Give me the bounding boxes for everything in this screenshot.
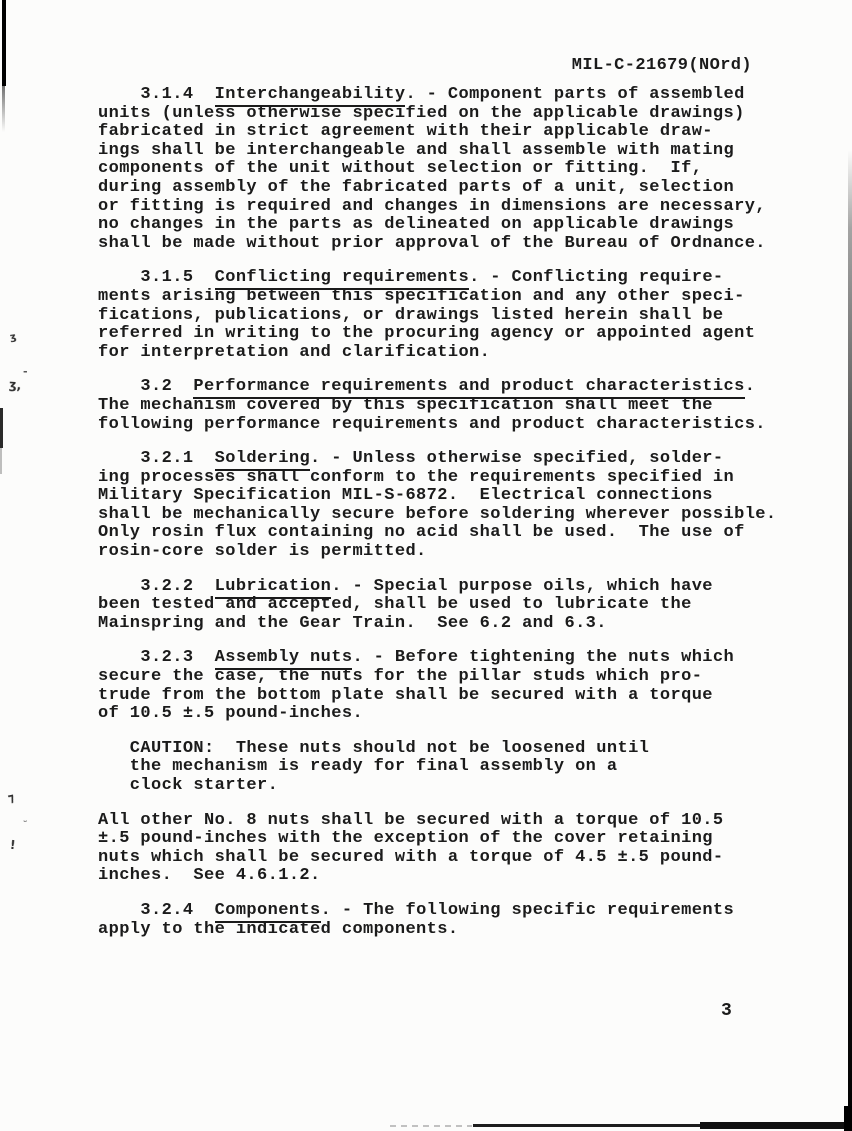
text-line: of 10.5 ±.5 pound-inches. xyxy=(98,705,808,724)
section-text: . - Conflicting require- xyxy=(469,268,723,287)
section-heading-line: 3.2.1 Soldering. - Unless otherwise spec… xyxy=(98,450,808,469)
text-line: Only rosin flux containing no acid shall… xyxy=(98,524,808,543)
section-heading-line: 3.2.3 Assembly nuts. - Before tightening… xyxy=(98,649,808,668)
scan-edge-bottom-thick xyxy=(700,1122,852,1129)
section-number: 3.2.3 xyxy=(98,648,215,667)
scan-edge-top-left-tail xyxy=(2,86,5,132)
text-line: All other No. 8 nuts shall be secured wi… xyxy=(98,812,808,831)
paragraph-torque-note: All other No. 8 nuts shall be secured wi… xyxy=(98,812,808,886)
text-line: rosin-core solder is permitted. xyxy=(98,543,808,562)
section-heading-line: 3.1.4 Interchangeability. - Component pa… xyxy=(98,86,808,105)
caution-text: CAUTION: These nuts should not be loosen… xyxy=(98,739,649,758)
paragraph-3-2-1: 3.2.1 Soldering. - Unless otherwise spec… xyxy=(98,450,808,562)
scan-edge-left-smudge xyxy=(0,408,3,448)
paragraph-3-2-3: 3.2.3 Assembly nuts. - Before tightening… xyxy=(98,649,808,723)
section-number: 3.1.4 xyxy=(98,85,215,104)
section-text: . - Component parts of assembled xyxy=(405,85,744,104)
caution-note: CAUTION: These nuts should not be loosen… xyxy=(98,740,808,796)
section-number: 3.2.1 xyxy=(98,449,215,468)
caution-line: clock starter. xyxy=(98,777,808,796)
section-number: 3.2.2 xyxy=(98,577,215,596)
text-line: referred in writing to the procuring age… xyxy=(98,325,808,344)
text-line: units (unless otherwise specified on the… xyxy=(98,105,808,124)
text-line: ings shall be interchangeable and shall … xyxy=(98,142,808,161)
text-line: ing processes shall conform to the requi… xyxy=(98,469,808,488)
text-line: inches. See 4.6.1.2. xyxy=(98,867,808,886)
section-text: . - Before tightening the nuts which xyxy=(352,648,734,667)
scan-edge-bottom-corner xyxy=(844,1106,852,1131)
text-line: Mainspring and the Gear Train. See 6.2 a… xyxy=(98,615,808,634)
text-line: secure the case, the nuts for the pillar… xyxy=(98,668,808,687)
ink-mark: ʒ xyxy=(9,333,17,344)
scan-edge-bottom-dashes xyxy=(390,1125,472,1127)
scan-edge-left-smudge-faint xyxy=(0,448,2,474)
text-line: fications, publications, or drawings lis… xyxy=(98,307,808,326)
section-text: . xyxy=(745,377,756,396)
paragraph-3-2-4: 3.2.4 Components. - The following specif… xyxy=(98,902,808,939)
ink-mark: ʒ, xyxy=(9,379,22,392)
paragraph-3-1-5: 3.1.5 Conflicting requirements. - Confli… xyxy=(98,269,808,362)
text-line: nuts which shall be secured with a torqu… xyxy=(98,849,808,868)
caution-line: the mechanism is ready for final assembl… xyxy=(98,758,808,777)
page-number: 3 xyxy=(721,1001,732,1021)
text-line: components of the unit without selection… xyxy=(98,160,808,179)
text-line: The mechanism covered by this specificat… xyxy=(98,397,808,416)
caution-line: CAUTION: These nuts should not be loosen… xyxy=(98,740,808,759)
text-line: following performance requirements and p… xyxy=(98,416,808,435)
text-line: been tested and accepted, shall be used … xyxy=(98,596,808,615)
paragraph-3-1-4: 3.1.4 Interchangeability. - Component pa… xyxy=(98,86,808,253)
section-heading-line: 3.2 Performance requirements and product… xyxy=(98,378,808,397)
text-line: ments arising between this specification… xyxy=(98,288,808,307)
ink-mark: ᵕ xyxy=(23,819,27,828)
section-heading-line: 3.1.5 Conflicting requirements. - Confli… xyxy=(98,269,808,288)
document-body: 3.1.4 Interchangeability. - Component pa… xyxy=(98,86,808,939)
text-line: shall be made without prior approval of … xyxy=(98,235,808,254)
text-line: during assembly of the fabricated parts … xyxy=(98,179,808,198)
ink-mark: ! xyxy=(9,839,16,852)
spec-number-header: MIL-C-21679(NOrd) xyxy=(0,56,752,75)
section-number: 3.1.5 xyxy=(98,268,215,287)
ink-mark: - xyxy=(23,366,28,377)
text-line: or fitting is required and changes in di… xyxy=(98,198,808,217)
paragraph-3-2-2: 3.2.2 Lubrication. - Special purpose oil… xyxy=(98,578,808,634)
text-line: ±.5 pound-inches with the exception of t… xyxy=(98,830,808,849)
scan-edge-right xyxy=(848,150,852,1131)
text-line: apply to the indicated components. xyxy=(98,921,808,940)
section-text: . - Special purpose oils, which have xyxy=(331,577,713,596)
section-text: . - Unless otherwise specified, solder- xyxy=(310,449,723,468)
scanned-document-page: ʒ - ʒ, ⁊ ᵕ ! MIL-C-21679(NOrd) 3.1.4 Int… xyxy=(0,0,852,1131)
text-line: shall be mechanically secure before sold… xyxy=(98,506,808,525)
paragraph-3-2: 3.2 Performance requirements and product… xyxy=(98,378,808,434)
section-number: 3.2.4 xyxy=(98,901,215,920)
text-line: for interpretation and clarification. xyxy=(98,344,808,363)
text-segment: All other No. 8 nuts shall be secured wi… xyxy=(98,811,724,830)
text-line: Military Specification MIL-S-6872. Elect… xyxy=(98,487,808,506)
section-number: 3.2 xyxy=(98,377,193,396)
text-line: no changes in the parts as delineated on… xyxy=(98,216,808,235)
section-heading-line: 3.2.4 Components. - The following specif… xyxy=(98,902,808,921)
ink-mark: ⁊ xyxy=(7,791,16,804)
text-line: fabricated in strict agreement with thei… xyxy=(98,123,808,142)
section-text: . - The following specific requirements xyxy=(321,901,734,920)
text-line: trude from the bottom plate shall be sec… xyxy=(98,687,808,706)
section-heading-line: 3.2.2 Lubrication. - Special purpose oil… xyxy=(98,578,808,597)
